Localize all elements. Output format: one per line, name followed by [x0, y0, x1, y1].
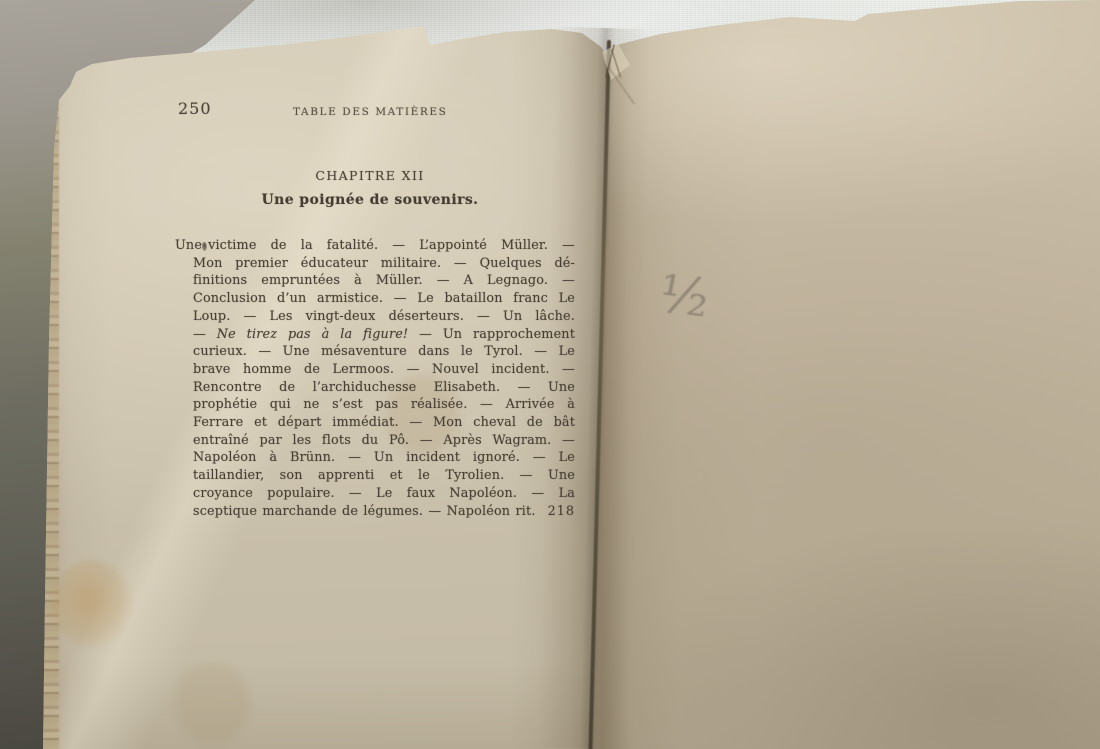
toc-line: sceptique marchande de légumes. — Napolé… — [175, 503, 575, 521]
toc-line-text: Loup. — Les vingt-deux déserteurs. — Un … — [193, 309, 575, 324]
toc-line-text: croyance populaire. — Le faux Napoléon. … — [193, 486, 575, 501]
toc-segment: Conclusion d’un armistice. — Le bataillo… — [193, 291, 575, 306]
toc-segment: Ferrare et départ immédiat. — Mon cheval… — [193, 415, 575, 430]
toc-line-text: brave homme de Lermoos. — Nouvel inciden… — [193, 362, 575, 377]
chapter-heading: CHAPITRE XII — [175, 168, 565, 183]
toc-line-text: prophétie qui ne s’est pas réalisée. — A… — [193, 397, 575, 412]
toc-line: Rencontre de l’archiduchesse Elisabeth. … — [175, 379, 575, 397]
toc-line-text: Mon premier éducateur militaire. — Quelq… — [193, 256, 575, 271]
toc-line-text: Unevictime de la fatalité. — L’appointé … — [175, 238, 575, 253]
toc-line-text: sceptique marchande de légumes. — Napolé… — [193, 503, 536, 521]
toc-paragraph: Unevictime de la fatalité. — L’appointé … — [175, 237, 575, 520]
toc-line: Ferrare et départ immédiat. — Mon cheval… — [175, 414, 575, 432]
toc-segment: curieux. — Une mésaventure dans le Tyrol… — [193, 344, 575, 359]
toc-line-text: taillandier, son apprenti et le Tyrolien… — [193, 468, 575, 483]
toc-segment: sceptique marchande de légumes. — Napolé… — [193, 504, 536, 519]
toc-line-text: curieux. — Une mésaventure dans le Tyrol… — [193, 344, 575, 359]
toc-segment: Loup. — Les vingt-deux déserteurs. — Un … — [193, 309, 575, 324]
toc-segment: croyance populaire. — Le faux Napoléon. … — [193, 486, 575, 501]
toc-line-text: Rencontre de l’archiduchesse Elisabeth. … — [193, 380, 575, 395]
toc-segment: prophétie qui ne s’est pas réalisée. — A… — [193, 397, 575, 412]
chapter-title: Une poignée de souvenirs. — [175, 192, 565, 208]
toc-line-text: Ferrare et départ immédiat. — Mon cheval… — [193, 415, 575, 430]
toc-line-text: Napoléon à Brünn. — Un incident ignoré. … — [193, 450, 575, 465]
page-number: 250 — [178, 99, 212, 118]
toc-line: finitions empruntées à Müller. — A Legna… — [175, 272, 575, 290]
toc-line-text: Conclusion d’un armistice. — Le bataillo… — [193, 291, 575, 306]
toc-segment: brave homme de Lermoos. — Nouvel inciden… — [193, 362, 575, 377]
toc-segment: entraîné par les flots du Pô. — Après Wa… — [193, 433, 575, 448]
toc-line: — Ne tirez pas à la figure! — Un rapproc… — [175, 326, 575, 344]
toc-line: croyance populaire. — Le faux Napoléon. … — [175, 485, 575, 503]
foxing-stain — [52, 560, 132, 648]
toc-line: curieux. — Une mésaventure dans le Tyrol… — [175, 343, 575, 361]
toc-line: Loup. — Les vingt-deux déserteurs. — Un … — [175, 308, 575, 326]
toc-segment: Mon premier éducateur militaire. — Quelq… — [193, 256, 575, 271]
toc-line-text: entraîné par les flots du Pô. — Après Wa… — [193, 433, 575, 448]
toc-line: prophétie qui ne s’est pas réalisée. — A… — [175, 396, 575, 414]
toc-line: Mon premier éducateur militaire. — Quelq… — [175, 255, 575, 273]
toc-line: taillandier, son apprenti et le Tyrolien… — [175, 467, 575, 485]
ink-blot — [202, 242, 207, 251]
toc-segment: victime de la fatalité. — L’appointé Mül… — [208, 238, 575, 253]
toc-line-text: finitions empruntées à Müller. — A Legna… — [193, 273, 575, 288]
toc-line: entraîné par les flots du Pô. — Après Wa… — [175, 432, 575, 450]
toc-segment: Ne tirez pas à la figure! — [217, 327, 408, 342]
toc-line: Conclusion d’un armistice. — Le bataillo… — [175, 290, 575, 308]
toc-segment: Une — [175, 238, 202, 253]
toc-segment: finitions empruntées à Müller. — A Legna… — [193, 273, 575, 288]
running-header: TABLE DES MATIÈRES — [293, 106, 433, 118]
toc-segment: taillandier, son apprenti et le Tyrolien… — [193, 468, 575, 483]
toc-line: brave homme de Lermoos. — Nouvel inciden… — [175, 361, 575, 379]
toc-segment: Napoléon à Brünn. — Un incident ignoré. … — [193, 450, 575, 465]
toc-segment: — — [193, 327, 217, 342]
photo-open-book: ½ 250 TABLE DES MATIÈRES CHAPITRE XII Un… — [0, 0, 1100, 749]
toc-segment: Rencontre de l’archiduchesse Elisabeth. … — [193, 380, 575, 395]
toc-line: Unevictime de la fatalité. — L’appointé … — [175, 237, 575, 255]
toc-line-text: — Ne tirez pas à la figure! — Un rapproc… — [193, 327, 575, 342]
pencil-annotation: ½ — [639, 249, 728, 356]
toc-line: Napoléon à Brünn. — Un incident ignoré. … — [175, 449, 575, 467]
